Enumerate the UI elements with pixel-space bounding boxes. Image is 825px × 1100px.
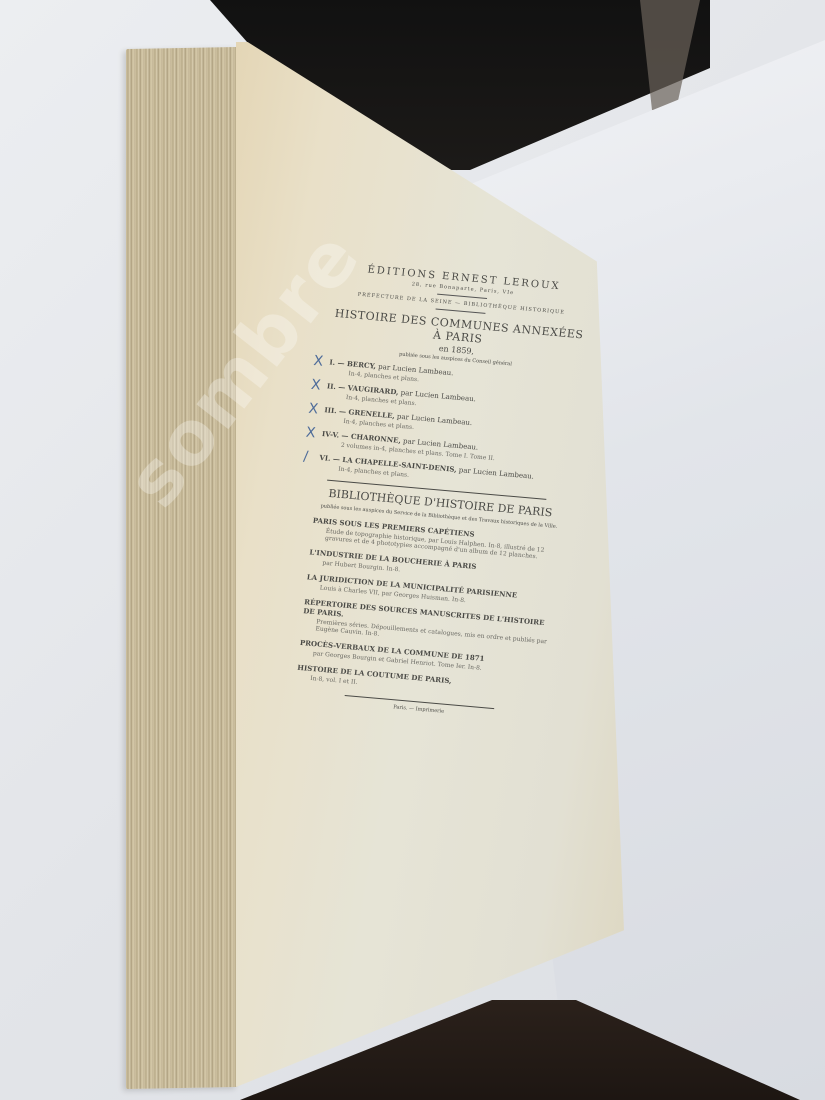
cover-printed-text: ÉDITIONS ERNEST LEROUX 28, rue Bonaparte… [294, 262, 589, 723]
photo-scene: ÉDITIONS ERNEST LEROUX 28, rue Bonaparte… [0, 0, 825, 1100]
pen-x-mark-icon: X [305, 425, 316, 442]
divider [436, 309, 486, 314]
pen-x-mark-icon: X [313, 353, 324, 370]
pen-x-mark-icon: X [308, 401, 319, 418]
divider [437, 294, 487, 299]
book-page-edges [126, 47, 238, 1089]
pen-x-mark-icon: X [310, 377, 321, 394]
